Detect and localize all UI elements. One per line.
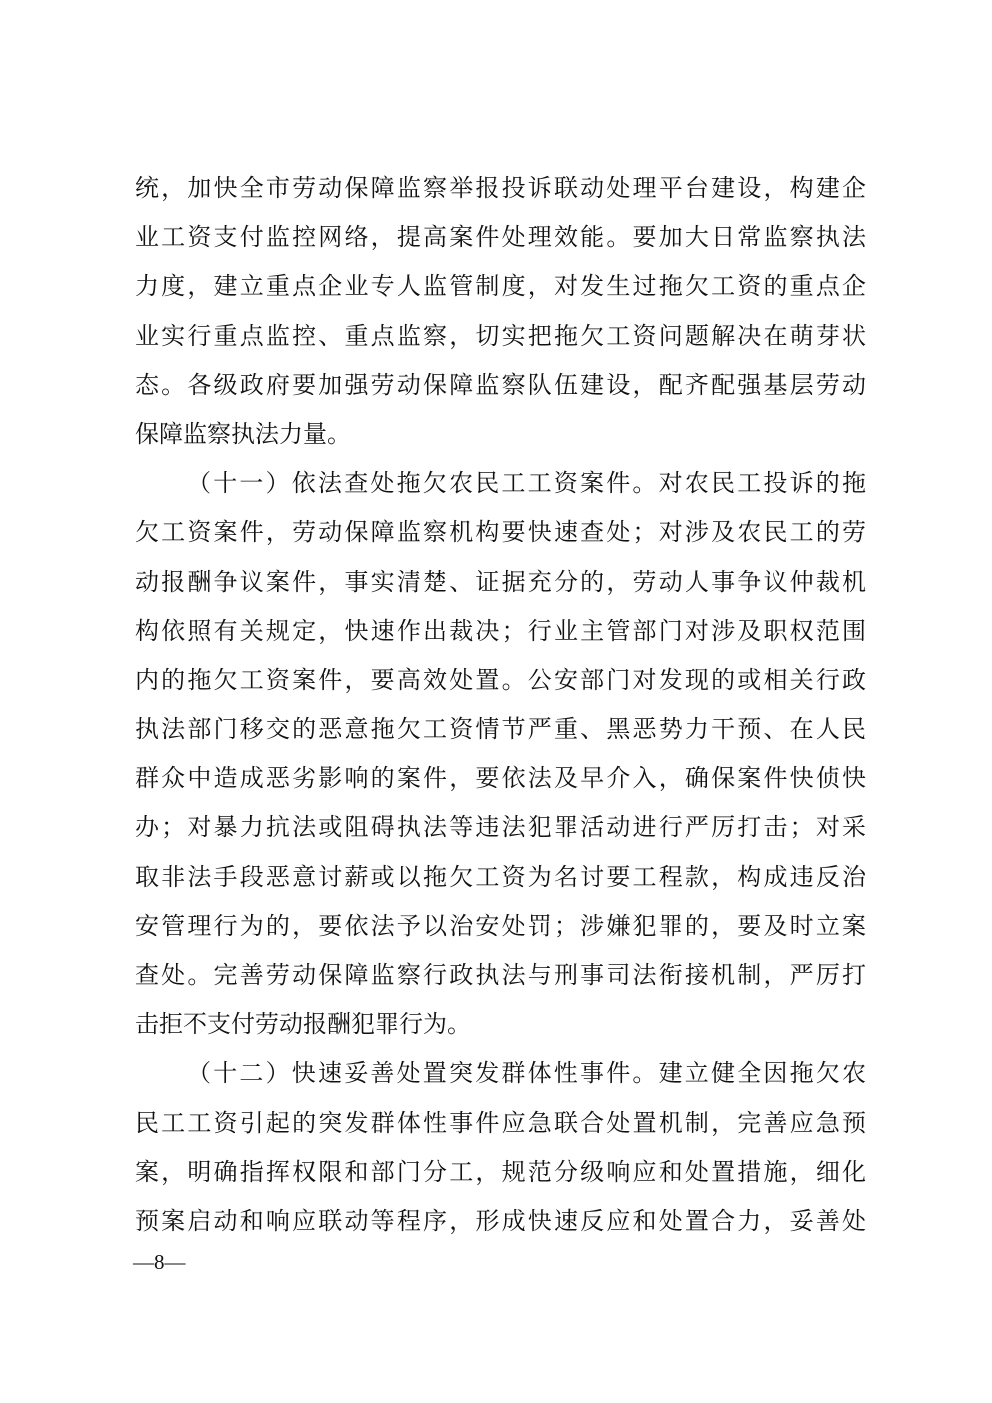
text-line: 办；对暴力抗法或阻碍执法等违法犯罪活动进行严厉打击；对采 bbox=[135, 803, 866, 852]
text-line: 动报酬争议案件，事实清楚、证据充分的，劳动人事争议仲裁机 bbox=[135, 558, 866, 607]
text-line: 内的拖欠工资案件，要高效处置。公安部门对发现的或相关行政 bbox=[135, 656, 866, 705]
text-line: 保障监察执法力量。 bbox=[135, 410, 866, 459]
paragraph-2-section-11: （十一）依法查处拖欠农民工工资案件。对农民工投诉的拖 欠工资案件，劳动保障监察机… bbox=[135, 459, 866, 1049]
document-page: 统，加快全市劳动保障监察举报投诉联动处理平台建设，构建企 业工资支付监控网络，提… bbox=[0, 0, 992, 1403]
page-number: —8— bbox=[133, 1249, 186, 1275]
text-line: 案，明确指挥权限和部门分工，规范分级响应和处置措施，细化 bbox=[135, 1148, 866, 1197]
text-line: 预案启动和响应联动等程序，形成快速反应和处置合力，妥善处 bbox=[135, 1197, 866, 1246]
paragraph-3-section-12: （十二）快速妥善处置突发群体性事件。建立健全因拖欠农 民工工资引起的突发群体性事… bbox=[135, 1049, 866, 1246]
text-line: 欠工资案件，劳动保障监察机构要快速查处；对涉及农民工的劳 bbox=[135, 508, 866, 557]
text-line: 查处。完善劳动保障监察行政执法与刑事司法衔接机制，严厉打 bbox=[135, 951, 866, 1000]
text-line: 取非法手段恶意讨薪或以拖欠工资为名讨要工程款，构成违反治 bbox=[135, 853, 866, 902]
paragraph-1: 统，加快全市劳动保障监察举报投诉联动处理平台建设，构建企 业工资支付监控网络，提… bbox=[135, 164, 866, 459]
text-line: 群众中造成恶劣影响的案件，要依法及早介入，确保案件快侦快 bbox=[135, 754, 866, 803]
text-line: 民工工资引起的突发群体性事件应急联合处置机制，完善应急预 bbox=[135, 1099, 866, 1148]
text-line: 业工资支付监控网络，提高案件处理效能。要加大日常监察执法 bbox=[135, 213, 866, 262]
section-heading-line: （十二）快速妥善处置突发群体性事件。建立健全因拖欠农 bbox=[135, 1049, 866, 1098]
text-line: 击拒不支付劳动报酬犯罪行为。 bbox=[135, 1000, 866, 1049]
text-line: 安管理行为的，要依法予以治安处罚；涉嫌犯罪的，要及时立案 bbox=[135, 902, 866, 951]
text-line: 态。各级政府要加强劳动保障监察队伍建设，配齐配强基层劳动 bbox=[135, 361, 866, 410]
section-heading-line: （十一）依法查处拖欠农民工工资案件。对农民工投诉的拖 bbox=[135, 459, 866, 508]
text-line: 业实行重点监控、重点监察，切实把拖欠工资问题解决在萌芽状 bbox=[135, 312, 866, 361]
document-body: 统，加快全市劳动保障监察举报投诉联动处理平台建设，构建企 业工资支付监控网络，提… bbox=[135, 164, 866, 1246]
text-line: 统，加快全市劳动保障监察举报投诉联动处理平台建设，构建企 bbox=[135, 164, 866, 213]
text-line: 执法部门移交的恶意拖欠工资情节严重、黑恶势力干预、在人民 bbox=[135, 705, 866, 754]
text-line: 力度，建立重点企业专人监管制度，对发生过拖欠工资的重点企 bbox=[135, 262, 866, 311]
text-line: 构依照有关规定，快速作出裁决；行业主管部门对涉及职权范围 bbox=[135, 607, 866, 656]
